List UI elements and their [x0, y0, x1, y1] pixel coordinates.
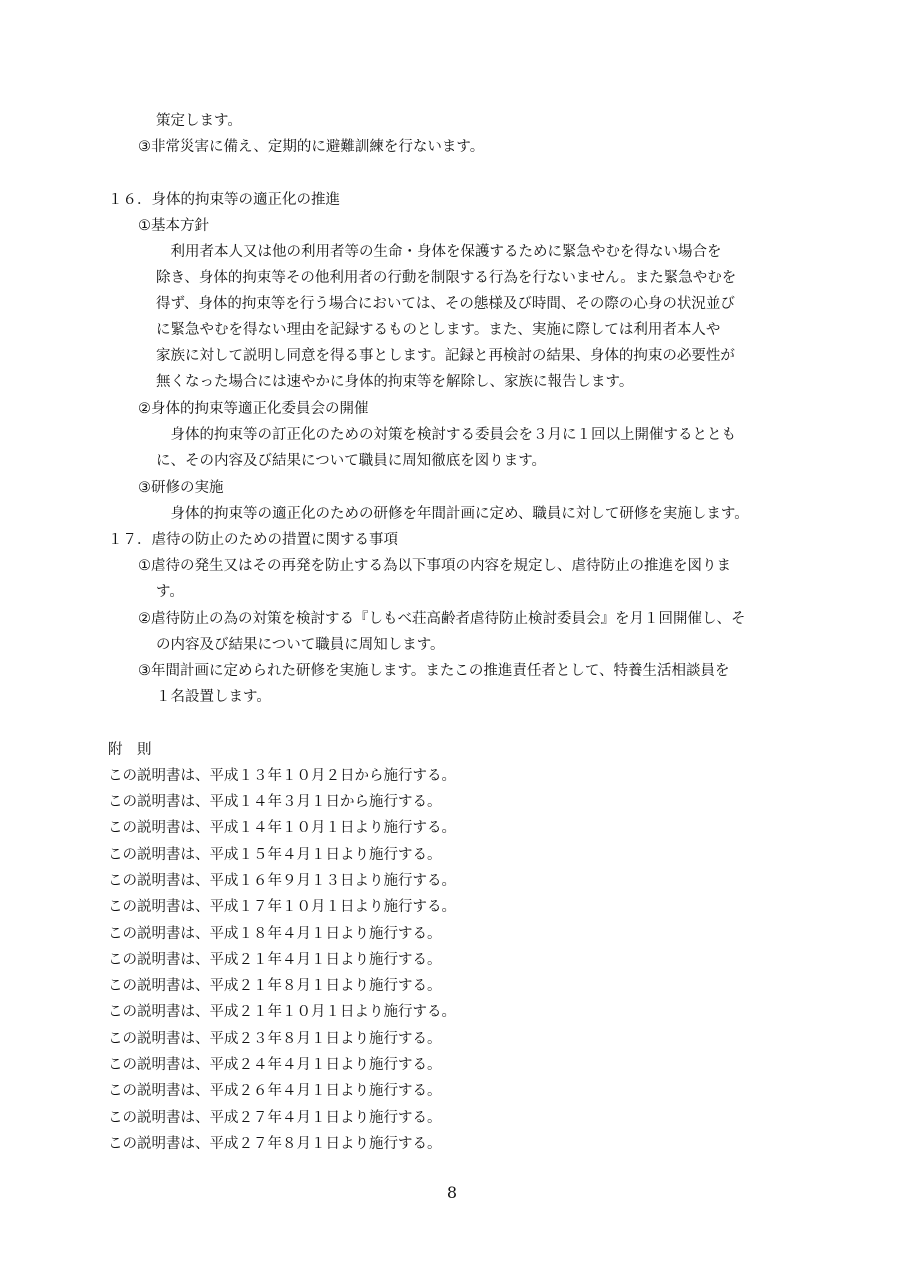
text-line: 利用者本人又は他の利用者等の生命・身体を保護するために緊急やむを得ない場合を	[156, 242, 722, 262]
text-line: 得ず、身体的拘束等を行う場合においては、その態様及び時間、その際の心身の状況並び	[156, 294, 735, 314]
supplementary-line: この説明書は、平成２７年８月１日より施行する。	[108, 1134, 442, 1154]
text-line: に、その内容及び結果について職員に周知徹底を図ります。	[156, 451, 546, 471]
supplementary-line: この説明書は、平成１７年１０月１日より施行する。	[108, 897, 456, 917]
section-17-heading: １７．虐待の防止のための措置に関する事項	[108, 530, 398, 550]
text-line: 無くなった場合には速やかに身体的拘束等を解除し、家族に報告します。	[156, 372, 633, 392]
page-number: 8	[0, 1183, 904, 1202]
supplementary-line: この説明書は、平成２１年１０月１日より施行する。	[108, 1002, 456, 1022]
supplementary-line: この説明書は、平成１３年１０月２日から施行する。	[108, 766, 456, 786]
text-line: 除き、身体的拘束等その他利用者の行動を制限する行為を行ないません。また緊急やむを	[156, 268, 736, 288]
text-line: １名設置します。	[156, 687, 271, 707]
supplementary-line: この説明書は、平成１５年４月１日より施行する。	[108, 845, 442, 865]
text-line: 身体的拘束等の訂正化のための対策を検討する委員会を３月に１回以上開催するととも	[156, 425, 736, 445]
text-line: ③非常災害に備え、定期的に避難訓練を行ないます。	[138, 137, 484, 157]
text-line: ③年間計画に定められた研修を実施します。またこの推進責任者として、特養生活相談員…	[138, 661, 730, 681]
section-16-heading: １６．身体的拘束等の適正化の推進	[108, 190, 340, 210]
supplementary-line: この説明書は、平成２１年８月１日より施行する。	[108, 976, 442, 996]
supplementary-line: この説明書は、平成２３年８月１日より施行する。	[108, 1029, 442, 1049]
supplementary-line: この説明書は、平成２１年４月１日より施行する。	[108, 950, 442, 970]
text-line: ①虐待の発生又はその再発を防止する為以下事項の内容を規定し、虐待防止の推進を図り…	[138, 556, 731, 576]
supplementary-line: この説明書は、平成１４年３月１日から施行する。	[108, 792, 442, 812]
supplementary-line: この説明書は、平成１４年１０月１日より施行する。	[108, 818, 456, 838]
text-line: ②虐待防止の為の対策を検討する『しもべ荘高齢者虐待防止検討委員会』を月１回開催し…	[138, 609, 746, 629]
text-line: の内容及び結果について職員に周知します。	[156, 635, 445, 655]
text-line: 策定します。	[156, 111, 242, 131]
supplementary-heading: 附 則	[108, 740, 152, 760]
supplementary-line: この説明書は、平成２７年４月１日より施行する。	[108, 1108, 442, 1128]
supplementary-line: この説明書は、平成２６年４月１日より施行する。	[108, 1081, 442, 1101]
supplementary-line: この説明書は、平成１６年９月１３日より施行する。	[108, 871, 456, 891]
text-line: 身体的拘束等の適正化のための研修を年間計画に定め、職員に対して研修を実施します。	[156, 504, 749, 524]
text-line: ②身体的拘束等適正化委員会の開催	[138, 399, 369, 419]
text-line: す。	[156, 582, 184, 602]
text-line: 家族に対して説明し同意を得る事とします。記録と再検討の結果、身体的拘束の必要性が	[156, 346, 735, 366]
text-line: ③研修の実施	[138, 478, 224, 498]
text-line: に緊急やむを得ない理由を記録するものとします。また、実施に際しては利用者本人や	[156, 320, 720, 340]
supplementary-line: この説明書は、平成２４年４月１日より施行する。	[108, 1055, 442, 1075]
text-line: ①基本方針	[138, 216, 209, 236]
supplementary-line: この説明書は、平成１８年４月１日より施行する。	[108, 924, 442, 944]
